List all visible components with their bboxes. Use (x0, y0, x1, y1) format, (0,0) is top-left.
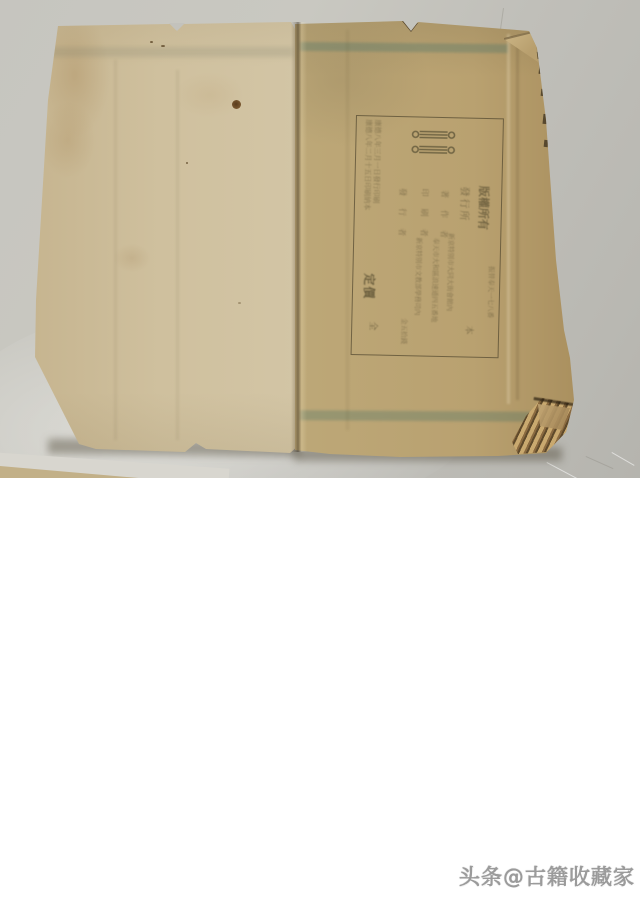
colophon-text-column: 金五拾錢 (400, 318, 407, 344)
table-scratch (612, 452, 635, 466)
speck (150, 41, 153, 43)
colophon-text-column: 全 (367, 321, 376, 330)
colophon-text-column: 發行所 (458, 186, 469, 222)
crease (176, 70, 179, 440)
tear-mark (542, 114, 547, 124)
colophon-text-column: 新京特別市大同大街會館內 (446, 233, 454, 311)
crease (346, 30, 349, 430)
book-spine-fold (291, 22, 307, 452)
speck (186, 162, 188, 164)
crease (507, 34, 510, 404)
torn-notch (402, 19, 420, 33)
faded-ink-band (300, 42, 508, 53)
colophon-ornament-icon (411, 128, 456, 157)
colophon-text-column: 版權所有 (477, 186, 489, 230)
colophon-text-column: 本 (463, 325, 472, 334)
ink-spot (232, 100, 241, 109)
table-scratch (586, 456, 614, 469)
colophon-text-column: 康德八年二月十五日印刷納本 (363, 119, 372, 210)
watermark-text: 头条@古籍收藏家 (459, 861, 635, 891)
colophon-box: 康德八年二月十五日印刷納本 康德八年三月一日發行印刷 發行者 印刷者 著作者 發… (351, 115, 504, 358)
speck (238, 302, 241, 304)
colophon-text-column: 奉天市大和區浪速通四五番地 (431, 238, 439, 323)
colophon-text-column: 發行者 (397, 188, 406, 248)
speck (161, 45, 165, 47)
crease (516, 40, 519, 400)
colophon-text-column: 康德八年三月一日發行印刷 (372, 119, 381, 203)
tear-mark (541, 89, 546, 96)
tear-mark (544, 140, 549, 147)
table-scratch (547, 462, 579, 478)
colophon-text-column: 新京特別市文教部學務司內 (414, 237, 422, 315)
crease (114, 60, 117, 440)
tear-mark (539, 65, 544, 74)
colophon-text-column: 定價 (363, 273, 376, 299)
photo-old-book: 康德八年二月十五日印刷納本 康德八年三月一日發行印刷 發行者 印刷者 著作者 發… (0, 0, 640, 478)
stain-band (50, 47, 293, 57)
faded-ink-band (300, 410, 536, 422)
colophon-text-column: 振替奉天一七八番 (487, 266, 495, 318)
